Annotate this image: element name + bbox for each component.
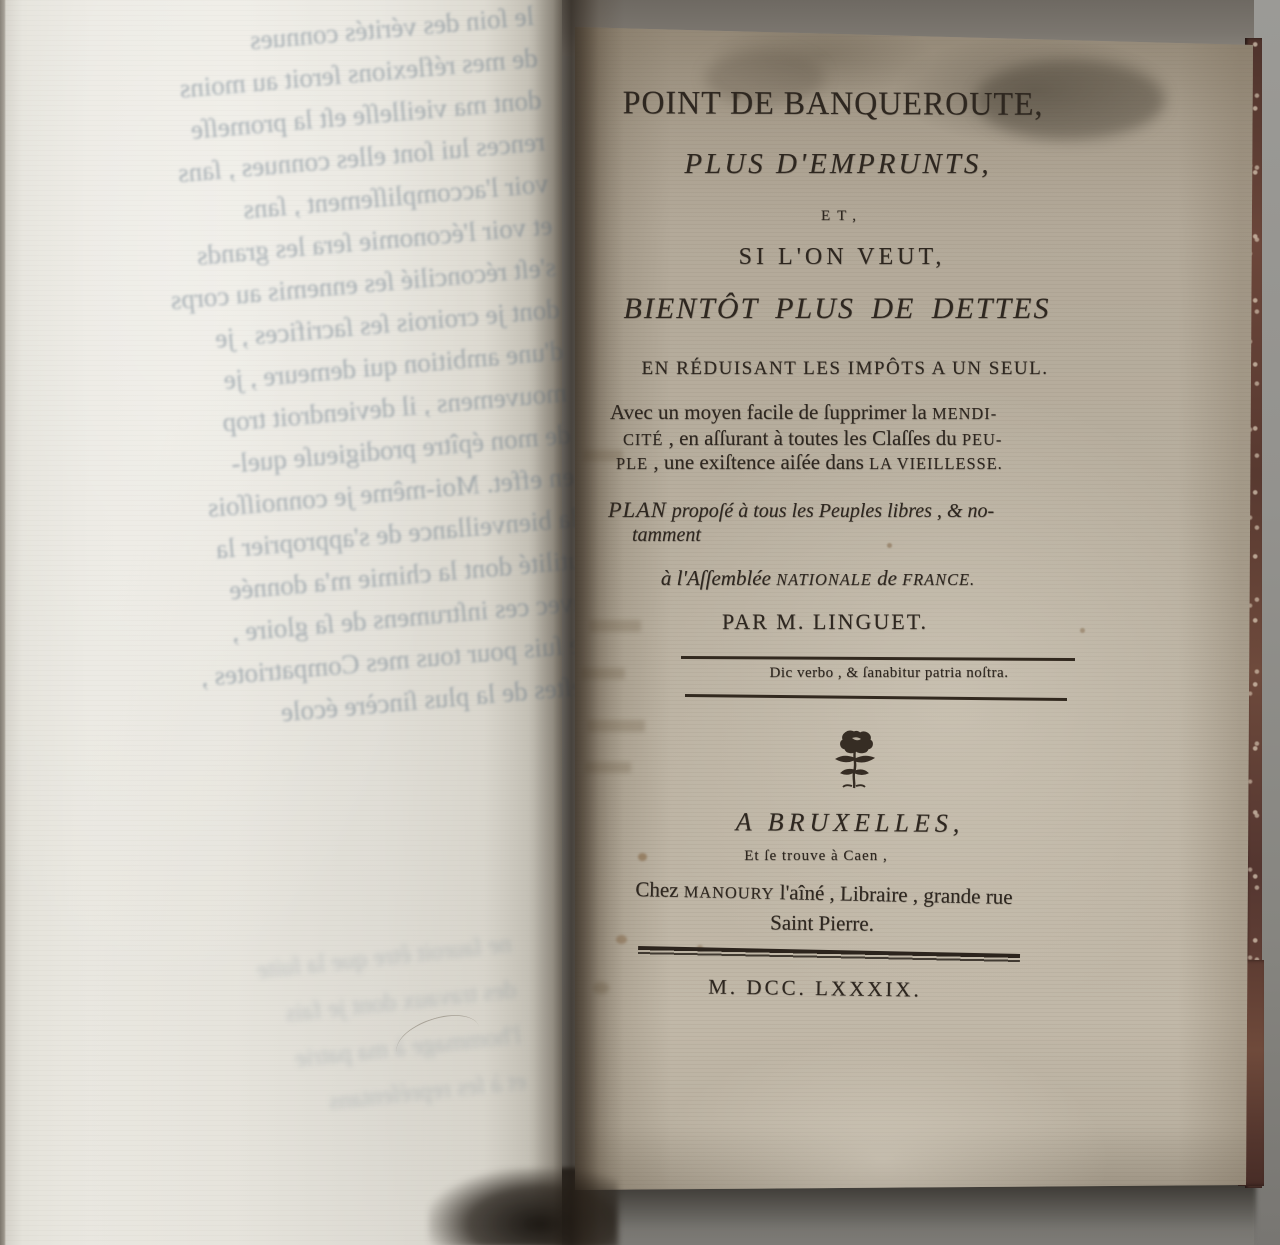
small-caps-word: MENDI-: [932, 404, 997, 423]
gutter-bottom-shadow: [428, 1168, 618, 1245]
summary-line-3: PLE , une exiſtence aiſée dans LA VIEILL…: [616, 450, 1003, 475]
summary-line-2: CITÉ , en aſſurant à toutes les Claſſes …: [623, 426, 1002, 451]
dedication-text: à l'Aſſemblée: [661, 566, 776, 590]
epigraph-rule-bottom: [685, 694, 1067, 701]
title-line-3: ET,: [572, 208, 1112, 225]
left-page: le ſoin des vérités connues de mes réfle…: [0, 0, 562, 1245]
title-line-2: PLUS D'EMPRUNTS,: [568, 148, 1108, 181]
imprint-publisher-1: Chez MANOURY l'aîné , Libraire , grande …: [554, 875, 1094, 911]
dedication-line: à l'Aſſemblée NATIONALE de FRANCE.: [548, 566, 1088, 591]
plan-text: tamment: [632, 524, 701, 546]
book-photo: le ſoin des vérités connues de mes réfle…: [0, 0, 1280, 1245]
small-caps-word: FRANCE.: [902, 570, 975, 589]
title-line-5: BIENTÔT PLUS DE DETTES: [567, 292, 1107, 326]
fox-spot: [887, 543, 892, 548]
title-line-1: POINT DE BANQUEROUTE,: [571, 85, 1095, 124]
epigraph-line: Dic verbo , & ſanabitur patria noſtra.: [619, 665, 1159, 682]
plan-line-1: PLAN propoſé à tous les Peuples libres ,…: [608, 497, 994, 523]
plan-word: PLAN: [608, 497, 667, 522]
author-line: PAR M. LINGUET.: [555, 609, 1095, 635]
bleed-through-mark: [585, 762, 631, 773]
imprint-text: l'aîné , Libraire , grande rue: [774, 880, 1013, 909]
ghost-text-upper: le ſoin des vérités connues de mes réfle…: [62, 0, 594, 747]
fox-spot: [616, 935, 627, 944]
title-line-4: SI L'ON VEUT,: [572, 244, 1112, 271]
imprint-publisher-2: Saint Pierre.: [552, 908, 1092, 940]
plan-line-2: tamment: [632, 524, 701, 547]
summary-line-1: Avec un moyen facile de ſupprimer la MEN…: [610, 400, 997, 425]
summary-text: Avec un moyen facile de ſupprimer la: [610, 400, 932, 424]
small-caps-word: CITÉ: [623, 430, 663, 449]
title-page: POINT DE BANQUEROUTE, PLUS D'EMPRUNTS, E…: [575, 20, 1260, 1195]
small-caps-word: PLE: [616, 454, 648, 473]
imprint-city: A BRUXELLES,: [580, 806, 1120, 840]
imprint-also-found: Et ſe trouve à Caen ,: [546, 848, 1086, 865]
small-caps-word: LA VIEILLESSE.: [869, 454, 1003, 473]
imprint-date: M. DCC. LXXXIX.: [545, 972, 1085, 1005]
small-caps-word: MANOURY: [684, 882, 775, 903]
plan-text: propoſé à tous les Peuples libres , & no…: [667, 500, 994, 522]
small-caps-word: NATIONALE: [776, 570, 872, 589]
summary-text: , une exiſtence aiſée dans: [648, 450, 869, 474]
floral-ornament-icon: [824, 728, 886, 792]
title-page-content: POINT DE BANQUEROUTE, PLUS D'EMPRUNTS, E…: [575, 20, 1260, 1195]
small-caps-word: PEU-: [962, 430, 1002, 449]
summary-text: , en aſſurant à toutes les Claſſes du: [663, 426, 962, 450]
imprint-text: Chez: [635, 877, 684, 902]
epigraph-rule-top: [681, 656, 1075, 661]
dedication-text: de: [872, 566, 902, 590]
bleed-through-mark: [587, 720, 645, 732]
imprint-double-rule: [638, 946, 1020, 963]
subtitle-line: EN RÉDUISANT LES IMPÔTS A UN SEUL.: [575, 358, 1115, 380]
